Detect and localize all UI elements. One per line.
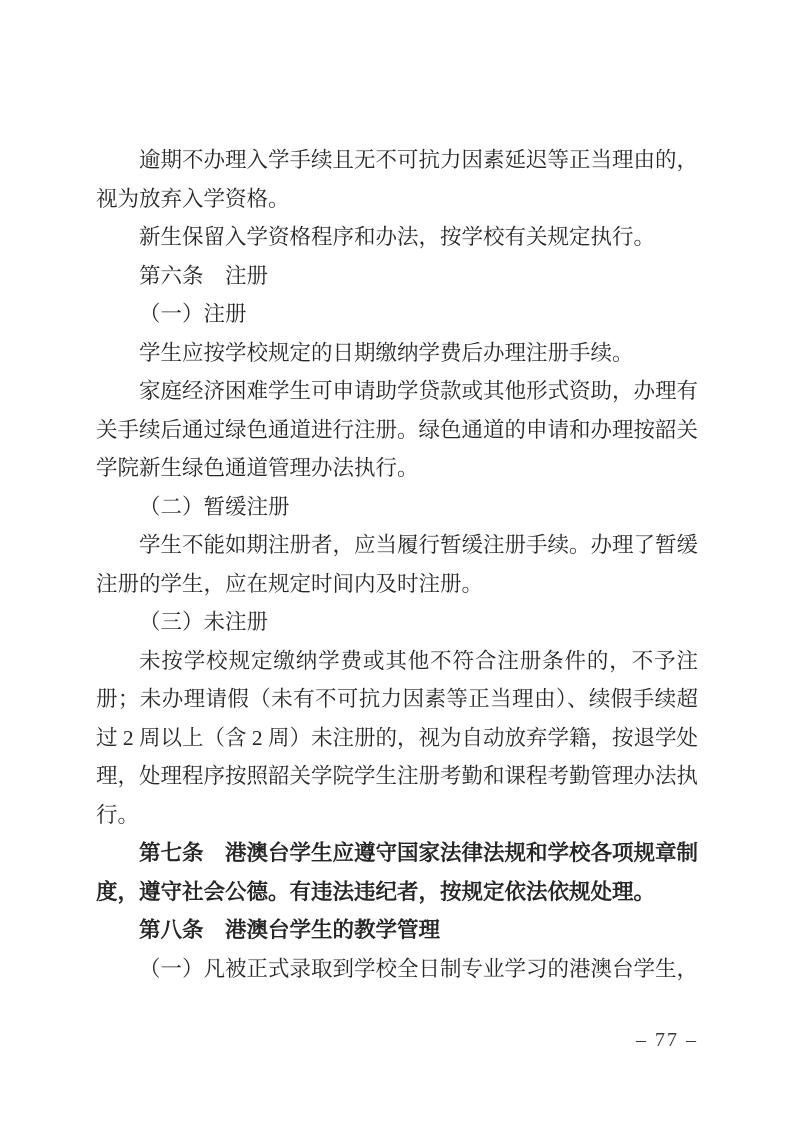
paragraph: 第六条 注册 bbox=[96, 257, 698, 296]
paragraph: 家庭经济困难学生可申请助学贷款或其他形式资助，办理有关手续后通过绿色通道进行注册… bbox=[96, 372, 698, 488]
paragraph: 第八条 港澳台学生的教学管理 bbox=[96, 911, 698, 950]
paragraph: 逾期不办理入学手续且无不可抗力因素延迟等正当理由的，视为放弃入学资格。 bbox=[96, 141, 698, 218]
document-page: 逾期不办理入学手续且无不可抗力因素延迟等正当理由的，视为放弃入学资格。新生保留入… bbox=[0, 0, 793, 1122]
paragraph: （一）凡被正式录取到学校全日制专业学习的港澳台学生， bbox=[96, 950, 698, 989]
paragraph: （三）未注册 bbox=[96, 603, 698, 642]
document-body: 逾期不办理入学手续且无不可抗力因素延迟等正当理由的，视为放弃入学资格。新生保留入… bbox=[96, 141, 698, 988]
paragraph: 未按学校规定缴纳学费或其他不符合注册条件的，不予注册；未办理请假（未有不可抗力因… bbox=[96, 642, 698, 835]
paragraph: 第七条 港澳台学生应遵守国家法律法规和学校各项规章制度，遵守社会公德。有违法违纪… bbox=[96, 834, 698, 911]
paragraph: （一）注册 bbox=[96, 295, 698, 334]
page-number: – 77 – bbox=[636, 1026, 698, 1054]
paragraph: 学生应按学校规定的日期缴纳学费后办理注册手续。 bbox=[96, 334, 698, 373]
paragraph: （二）暂缓注册 bbox=[96, 488, 698, 527]
paragraph: 新生保留入学资格程序和办法，按学校有关规定执行。 bbox=[96, 218, 698, 257]
paragraph: 学生不能如期注册者，应当履行暂缓注册手续。办理了暂缓注册的学生，应在规定时间内及… bbox=[96, 526, 698, 603]
